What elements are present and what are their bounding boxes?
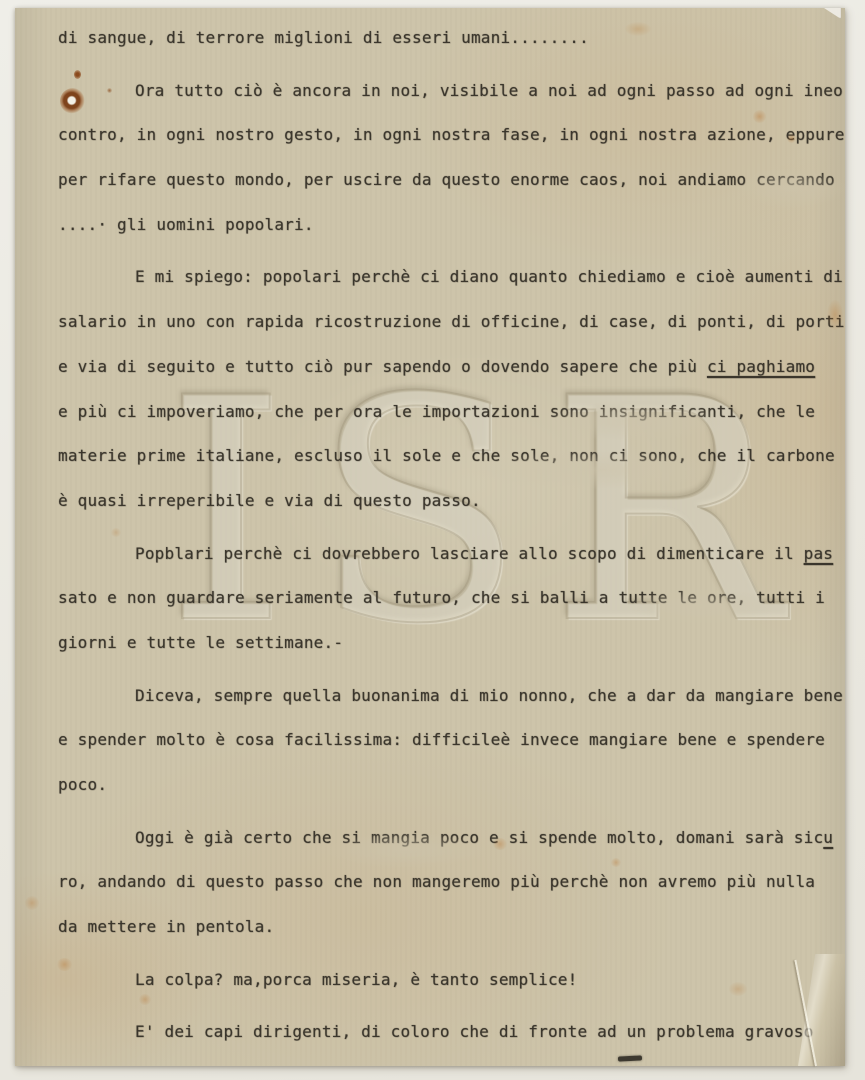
text-segment: e più ci impoveriamo, che per ora le imp… [58,402,815,421]
text-line: da mettere in pentola. [58,917,844,962]
text-line: ro, andando di questo passo che non mang… [58,872,844,917]
text-line: Oggi è già certo che si mangia poco e si… [58,828,844,873]
text-line: poco. [58,775,844,820]
text-segment: e spender molto è cosa facilissima: diff… [58,730,825,749]
text-segment: giorni e tutte le settimane.- [58,633,343,652]
text-segment: sato e non guardare seriamente al futuro… [58,588,825,607]
underlined-text: pas [804,544,834,563]
text-line: contro, in ogni nostro gesto, in ogni no… [58,125,844,170]
scanned-document-page: { "watermark": "ISR", "colors": { "paper… [0,0,865,1080]
text-segment: salario in uno con rapida ricostruzione … [58,312,845,331]
stain [25,896,39,910]
text-segment: poco. [58,775,107,794]
text-segment: da mettere in pentola. [58,917,274,936]
text-segment: contro, in ogni nostro gesto, in ogni no… [58,125,845,144]
text-line: Ora tutto ciò è ancora in noi, visibile … [58,81,844,126]
text-line: di sangue, di terrore miglioni di esseri… [58,28,844,73]
rust-hole [60,88,86,114]
underlined-text: ci paghiamo [707,357,815,376]
text-line: per rifare questo mondo, per uscire da q… [58,170,844,215]
text-line: e spender molto è cosa facilissima: diff… [58,730,844,775]
text-segment: E mi spiego: popolari perchè ci diano qu… [135,267,843,286]
text-segment: E' dei capi dirigenti, di coloro che di … [135,1022,813,1041]
text-segment: Ora tutto ciò è ancora in noi, visibile … [135,81,843,100]
torn-corner-nick [821,8,841,19]
text-line: Diceva, sempre quella buonanima di mio n… [58,686,844,731]
text-segment: ....· gli uomini popolari. [58,215,314,234]
text-segment: ro, andando di questo passo che non mang… [58,872,815,891]
text-segment: Popblari perchè ci dovrebbero lasciare a… [135,544,804,563]
text-line: Popblari perchè ci dovrebbero lasciare a… [58,544,844,589]
text-line: ....· gli uomini popolari. [58,215,844,260]
text-line: sato e non guardare seriamente al futuro… [58,588,844,633]
text-segment: Diceva, sempre quella buonanima di mio n… [135,686,843,705]
text-segment: materie prime italiane, escluso il sole … [58,446,835,465]
text-segment: Oggi è già certo che si mangia poco e si… [135,828,823,847]
text-segment: di sangue, di terrore miglioni di esseri… [58,28,589,47]
text-segment: è quasi irreperibile e via di questo pas… [58,491,481,510]
text-segment: per rifare questo mondo, per uscire da q… [58,170,835,189]
text-line: e via di seguito e tutto ciò pur sapendo… [58,357,844,402]
text-line: salario in uno con rapida ricostruzione … [58,312,844,357]
text-line: E mi spiego: popolari perchè ci diano qu… [58,267,844,312]
underlined-text: u [823,828,833,847]
text-segment: e via di seguito e tutto ciò pur sapendo… [58,357,707,376]
document-text: di sangue, di terrore miglioni di esseri… [58,28,844,1067]
text-line: è quasi irreperibile e via di questo pas… [58,491,844,536]
text-line: materie prime italiane, escluso il sole … [58,446,844,491]
text-line: La colpa? ma,porca miseria, è tanto semp… [58,970,844,1015]
text-line: E' dei capi dirigenti, di coloro che di … [58,1022,844,1067]
text-line: e più ci impoveriamo, che per ora le imp… [58,402,844,447]
paper-sheet: ISR di sangue, di terrore miglioni di es… [15,8,845,1066]
text-line: giorni e tutte le settimane.- [58,633,844,678]
text-segment: La colpa? ma,porca miseria, è tanto semp… [135,970,577,989]
